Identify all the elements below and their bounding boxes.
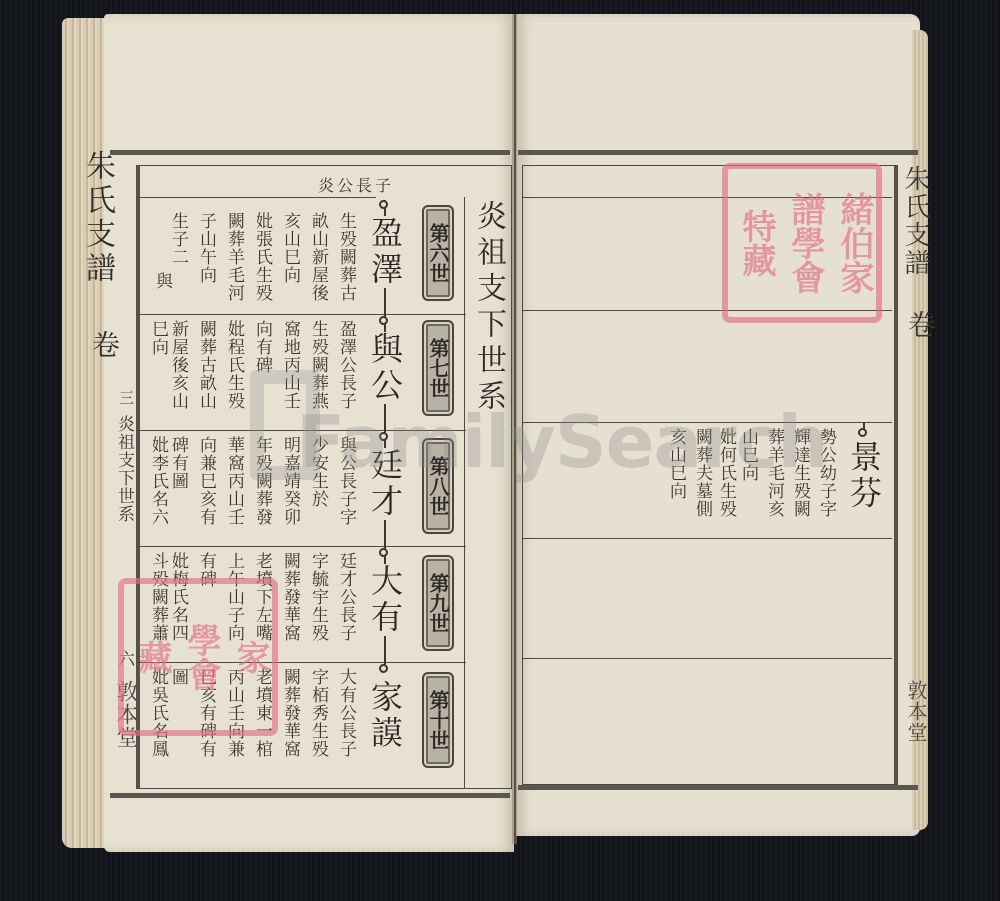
row-divider-3 bbox=[136, 546, 466, 547]
bio-col: 華窩丙山壬 bbox=[222, 436, 246, 526]
bio-col: 闕葬發華窩 bbox=[278, 668, 302, 758]
bio-col: 子山午向 bbox=[194, 212, 218, 284]
bio-col: 畝山新屋後 bbox=[306, 212, 330, 302]
familysearch-watermark: FamilySearch bbox=[296, 400, 828, 484]
header-note: 炎公長子 bbox=[318, 173, 394, 196]
right-spine-title: 朱氏支譜 bbox=[900, 165, 930, 277]
child-note: 與 bbox=[150, 272, 174, 290]
section-title: 炎祖支下世系 bbox=[472, 200, 504, 416]
bio-col: 妣李氏名六 bbox=[146, 436, 170, 526]
bio-col: 闕葬古畝山 bbox=[194, 320, 218, 410]
red-collection-seal-right: 特藏 譜學會 緒伯家 bbox=[722, 163, 882, 323]
lineage-node-10 bbox=[379, 664, 388, 673]
person-name-7: 與公 bbox=[368, 332, 402, 404]
generation-badge-9: 第九世 bbox=[422, 555, 454, 651]
lineage-node-9 bbox=[379, 548, 388, 557]
bio-col: 亥山巳向 bbox=[278, 212, 302, 284]
lineage-node-7 bbox=[379, 316, 388, 325]
bio-col: 闕葬羊毛河 bbox=[222, 212, 246, 302]
bio-col: 妣張氏生殁 bbox=[250, 212, 274, 302]
lineage-node-6 bbox=[379, 200, 388, 209]
bio-col: 向有碑 bbox=[250, 320, 274, 374]
generation-badge-6: 第六世 bbox=[422, 205, 454, 301]
entry-name: 景芬 bbox=[847, 440, 881, 512]
bio-col: 巳向 bbox=[146, 320, 170, 356]
bio-col: 生子二 bbox=[166, 212, 190, 266]
r-row-4 bbox=[522, 658, 892, 659]
bio-col: 盈澤公長子 bbox=[334, 320, 358, 410]
r-row-3 bbox=[522, 538, 892, 539]
person-name-9: 大有 bbox=[368, 564, 402, 636]
header-divider bbox=[136, 197, 376, 198]
bio-col: 向兼巳亥有 bbox=[194, 436, 218, 526]
right-spine-volume: 卷 bbox=[900, 310, 940, 339]
person-name-10: 家謨 bbox=[368, 680, 402, 752]
bio-col: 闕葬發華窩 bbox=[278, 552, 302, 642]
bio-col: 字毓宇生殁 bbox=[306, 552, 330, 642]
bio-col: 妣程氏生殁 bbox=[222, 320, 246, 410]
person-name-6: 盈澤 bbox=[368, 216, 402, 288]
bio-col: 大有公長子 bbox=[334, 668, 358, 758]
title-column-divider bbox=[464, 197, 465, 789]
generation-badge-10: 第十世 bbox=[422, 672, 454, 768]
bio-col: 字栢秀生殁 bbox=[306, 668, 330, 758]
spine-title: 朱氏支譜 bbox=[80, 150, 114, 286]
red-collection-seal-left: 藏 學會 家 bbox=[118, 578, 278, 736]
right-spine-hall: 敦本堂 bbox=[902, 680, 931, 743]
bio-col: 廷才公長子 bbox=[334, 552, 358, 642]
bio-col: 生殁闕葬古 bbox=[334, 212, 358, 302]
entry-node bbox=[858, 428, 867, 437]
book-spread: 朱氏支譜 卷 三 炎祖支下世系 六 敦本堂 炎公長子 炎祖支下世系 第六世 第七… bbox=[0, 0, 1000, 901]
row-divider-1 bbox=[136, 314, 466, 315]
